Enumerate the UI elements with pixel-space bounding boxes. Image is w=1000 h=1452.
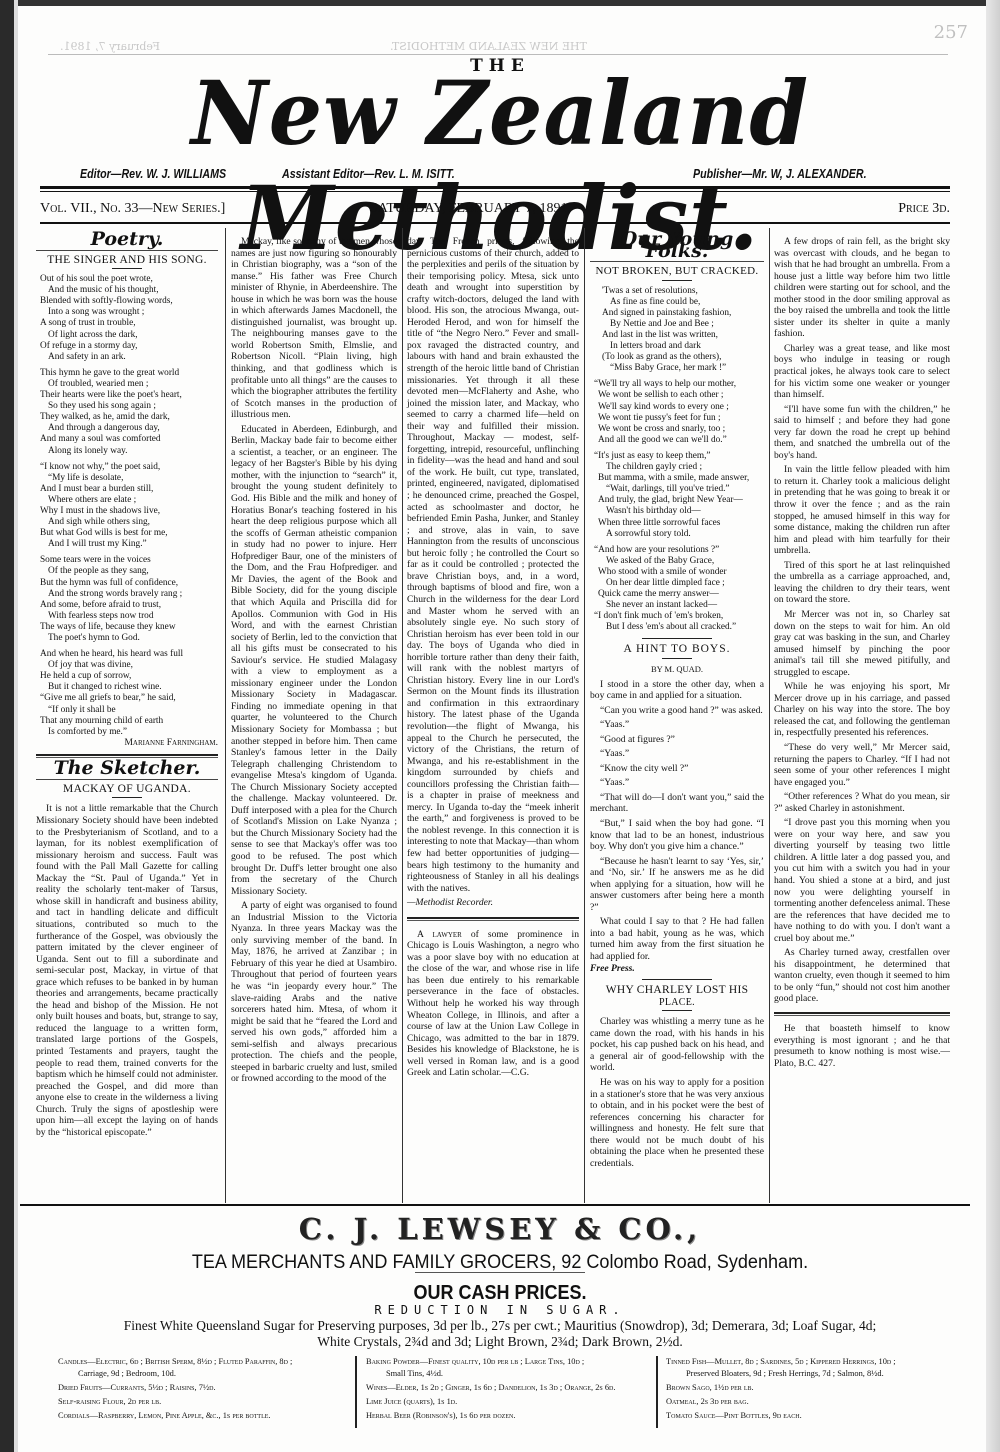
price-item: Lime Juice (quarts), 1s 1d.: [366, 1396, 646, 1408]
advert-tagline: TEA MERCHANTS AND FAMILY GROCERS, 92 Col…: [25, 1252, 975, 1274]
poem-line: A song of trust in trouble,: [36, 318, 218, 329]
poem-line: But I dess 'em's about all cracked.”: [594, 622, 764, 633]
poem-line: Quick came the merry answer—: [594, 589, 764, 600]
article-paragraph: Tired of this sport he at last relinquis…: [774, 560, 950, 606]
article-paragraph: Mackay, like so many of the men whose na…: [231, 236, 397, 421]
column-4: Our Young Folks. NOT BROKEN, BUT CRACKED…: [590, 232, 764, 1172]
column-3: day. The French priests, following the p…: [407, 236, 579, 1082]
poem-line: With fearless steps now trod: [36, 611, 218, 622]
poem-stanza: 'Twas a set of resolutions, As fine as f…: [590, 286, 764, 375]
lawyer-text: of some prominence in Chicago is Louis W…: [407, 929, 579, 1079]
poem-line: She never an instant lacked—: [594, 600, 764, 611]
price-column-divider: [355, 1356, 357, 1428]
poem-line: When three little sorrowful faces: [594, 518, 764, 529]
price-item: Self-raising Flour, 2d per lb.: [58, 1396, 328, 1408]
poem-line: So they used his song again ;: [36, 401, 218, 412]
poem-line: We wont be cross and snarly, too ;: [594, 424, 764, 435]
poem-line: And sigh while others sing,: [36, 517, 218, 528]
column-divider: [769, 228, 770, 1203]
price-item: Herbal Beer (Robinson's), 1s 6d per doze…: [366, 1410, 646, 1422]
poem-line: Is comforted by me.”: [36, 727, 218, 738]
poem-line: Who stood with a smile of wonder: [594, 567, 764, 578]
poem-line: We wont tie pussy's feet for fun ;: [594, 413, 764, 424]
section-title-sketcher: The Sketcher.: [36, 763, 218, 775]
poem-stanza: “It's just as easy to keep them,” The ch…: [590, 451, 764, 540]
article-paragraph: Charley was a great tease, and like most…: [774, 343, 950, 401]
poem-line: “And how are your resolutions ?”: [594, 545, 764, 556]
bleed-through-date: February 7, 1891.: [60, 40, 160, 53]
price-item: Small Tins, 4½d.: [366, 1368, 646, 1380]
price-item: Carriage, 9d ; Bedroom, 10d.: [58, 1368, 328, 1380]
poem-stanza: This hymn he gave to the great world Of …: [36, 368, 218, 457]
article-paragraph: day. The French priests, following the p…: [407, 236, 579, 894]
article-paragraph: I stood in a store the other day, when a…: [590, 679, 764, 702]
poem-line: “It's just as easy to keep them,”: [594, 451, 764, 462]
section-divider: [774, 1012, 950, 1016]
price-item: Brown Sago, 1½d per lb.: [666, 1382, 956, 1394]
assistant-editor-credit: Assistant Editor—Rev. L. M. ISITT.: [282, 166, 455, 181]
poem-line: And the music of his thought,: [36, 285, 218, 296]
poem-line: “I don't fink much of 'em's broken,: [594, 611, 764, 622]
dash-rule: [112, 797, 142, 798]
masthead-rule-thin: [40, 191, 950, 192]
poem-line: “If only it shall be: [36, 705, 218, 716]
poem-line: And signed in painstaking fashion,: [598, 308, 764, 319]
column-5: A few drops of rain fell, as the bright …: [774, 236, 950, 1072]
poem-line: And many a soul was comforted: [36, 434, 218, 445]
issue-price: Price 3d.: [898, 201, 950, 217]
article-paragraph: “Yaas.”: [590, 777, 764, 789]
poem-stanza: And when he heard, his heard was full Of…: [36, 649, 218, 738]
poem-line: And safety in an ark.: [36, 352, 218, 363]
article-title-line1: WHY CHARLEY LOST HIS: [590, 985, 764, 997]
dash-rule: [112, 268, 142, 269]
editor-credit: Editor—Rev. W. J. WILLIAMS: [80, 166, 226, 181]
article-byline: BY M. QUAD.: [590, 664, 764, 676]
advert-sugar-line-2: White Crystals, 2¾d and 3d; Light Brown,…: [40, 1334, 960, 1350]
poem-line: And I must bear a burden still,: [36, 484, 218, 495]
price-column-divider: [656, 1356, 658, 1428]
article-paragraph: It is not a little remarkable that the C…: [36, 803, 218, 1138]
column-2: Mackay, like so many of the men whose na…: [231, 236, 397, 1088]
article-paragraph: While he was enjoying his sport, Mr Merc…: [774, 681, 950, 739]
advert-cash-prices-heading: OUR CASH PRICES.: [50, 1282, 950, 1305]
poem-line: And when he heard, his heard was full: [36, 649, 218, 660]
article-paragraph: He was on his way to apply for a positio…: [590, 1077, 764, 1169]
volume-number: Vol. VII., No. 33—New Series.]: [40, 201, 225, 217]
poem-title: NOT BROKEN, BUT CRACKED.: [590, 266, 764, 278]
poem-line: “My life is desolate,: [36, 473, 218, 484]
poem-line: Why I must in the shadows live,: [36, 506, 218, 517]
ornament-rule: [415, 1272, 585, 1273]
article-paragraph: “But,” I said when the boy had gone. “I …: [590, 818, 764, 853]
article-paragraph: “Yaas.”: [590, 748, 764, 760]
price-item: Preserved Bloaters, 9d ; Fresh Herrings,…: [666, 1368, 956, 1380]
price-item: Wines—Elder, 1s 2d ; Ginger, 1s 6d ; Dan…: [366, 1382, 646, 1394]
price-list-column-2: Baking Powder—Finest quality, 10d per lb…: [366, 1356, 646, 1422]
poem-line: By Nettie and Joe and Bee ;: [598, 319, 764, 330]
article-paragraph: As Charley turned away, crestfallen over…: [774, 947, 950, 1005]
poem-line: And all the good we can we'll do.”: [594, 435, 764, 446]
article-paragraph: “These do very well,” Mr Mercer said, re…: [774, 742, 950, 788]
poem-line: Out of his soul the poet wrote,: [36, 274, 218, 285]
article-paragraph: “Other references ? What do you mean, si…: [774, 791, 950, 814]
section-divider: [407, 917, 579, 921]
poem-line: But mamma, with a smile, made answer,: [594, 473, 764, 484]
poem-line: And through a dangerous day,: [36, 423, 218, 434]
poem-line: And some, before afraid to trust,: [36, 600, 218, 611]
top-faint-rule: [48, 54, 948, 55]
article-paragraph: “That will do—I don't want you,” said th…: [590, 792, 764, 815]
poem-line: (To look as grand as the others),: [598, 352, 764, 363]
dash-rule: [662, 280, 692, 281]
article-paragraph: “Know the city well ?”: [590, 763, 764, 775]
price-item: Oatmeal, 2s 3d per bag.: [666, 1396, 956, 1408]
poem-line: “Give me all griefs to bear,” he said,: [36, 693, 218, 704]
dash-rule: [642, 638, 712, 639]
poem-line: But it changed to richest wine.: [36, 682, 218, 693]
article-title: MACKAY OF UGANDA.: [36, 784, 218, 796]
price-list-column-3: Tinned Fish—Mullet, 8d ; Sardines, 5d ; …: [666, 1356, 956, 1422]
poem-stanza: “We'll try all ways to help our mother, …: [590, 379, 764, 446]
poem-title: THE SINGER AND HIS SONG.: [36, 255, 218, 267]
divider: [36, 779, 218, 780]
article-source: Free Press.: [590, 963, 764, 975]
poem-line: “Miss Baby Grace, her mark !”: [598, 363, 764, 374]
poem-line: “Wait, darlings, till you've tried.”: [594, 484, 764, 495]
article-title-line2: PLACE.: [590, 997, 764, 1009]
advert-sugar-line-1: Finest White Queensland Sugar for Preser…: [40, 1318, 960, 1334]
price-list-column-1: Candles—Electric, 6d ; British Sperm, 8½…: [58, 1356, 328, 1422]
poem-line: Wasn't his birthday old—: [594, 506, 764, 517]
article-paragraph: Charley was whistling a merry tune as he…: [590, 1016, 764, 1074]
poem-line: The poet's hymn to God.: [36, 633, 218, 644]
poem-line: On her dear little dimpled face ;: [594, 578, 764, 589]
article-paragraph: A party of eight was organised to found …: [231, 900, 397, 1085]
poem-line: He held a cup of sorrow,: [36, 671, 218, 682]
dash-rule: [662, 658, 692, 659]
poem-line: But what God wills is best for me,: [36, 528, 218, 539]
poem-stanza: Out of his soul the poet wrote, And the …: [36, 274, 218, 363]
poem-line: Where others are elate ;: [36, 495, 218, 506]
article-paragraph: Mr Mercer was not in, so Charley sat dow…: [774, 609, 950, 678]
poem-line: Of light across the dark,: [36, 330, 218, 341]
poem-line: “We'll try all ways to help our mother,: [594, 379, 764, 390]
poem-line: “I know not why,” the poet said,: [36, 462, 218, 473]
poem-line: We asked of the Baby Grace,: [594, 556, 764, 567]
article-paragraph: “Yaas.”: [590, 719, 764, 731]
article-paragraph: “I drove past you this morning when you …: [774, 817, 950, 944]
dash-rule: [642, 979, 712, 980]
price-item: Tinned Fish—Mullet, 8d ; Sardines, 5d ; …: [666, 1356, 956, 1368]
column-1: Poetry. THE SINGER AND HIS SONG. Out of …: [36, 232, 218, 1141]
poem-line: Of the people as they sang,: [36, 566, 218, 577]
price-item: Candles—Electric, 6d ; British Sperm, 8½…: [58, 1356, 328, 1368]
poem-line: But the hymn was full of confidence,: [36, 578, 218, 589]
poem-line: The children gayly cried ;: [594, 462, 764, 473]
dash-rule: [662, 1010, 692, 1011]
article-paragraph: “I'll have some fun with the children,” …: [774, 404, 950, 462]
poem-stanza: Some tears were in the voices Of the peo…: [36, 555, 218, 644]
column-divider: [225, 228, 226, 1203]
article-source: —Methodist Recorder.: [407, 897, 579, 909]
poem-line: Of joy that was divine,: [36, 660, 218, 671]
advert-company-name: C. J. LEWSEY & CO.,: [0, 1212, 1000, 1246]
poem-line: A sorrowful story told.: [594, 529, 764, 540]
poem-line: They walked, as he, amid the dark,: [36, 412, 218, 423]
poem-line: In letters broad and dark: [598, 341, 764, 352]
price-item: Cordials—Raspberry, Lemon, Pine Apple, &…: [58, 1410, 328, 1422]
poem-line: We'll say kind words to every one ;: [594, 402, 764, 413]
issue-date: SATURDAY, FEBRUARY 7, 1891.: [370, 201, 571, 217]
section-title-poetry: Poetry.: [36, 234, 218, 246]
advert-sugar-heading: REDUCTION IN SUGAR.: [0, 1303, 1000, 1317]
publisher-credit: Publisher—Mr. W, J. ALEXANDER.: [693, 166, 867, 181]
price-item: Dried Fruits—Currants, 5½d ; Raisins, 7½…: [58, 1382, 328, 1394]
price-item: Tomato Sauce—Pint Bottles, 9d each.: [666, 1410, 956, 1422]
poem-line: 'Twas a set of resolutions,: [598, 286, 764, 297]
poem-line: The ways of life, because they knew: [36, 622, 218, 633]
poem-line: Blended with softly-flowing words,: [36, 296, 218, 307]
poem-line: This hymn he gave to the great world: [36, 368, 218, 379]
poem-line: As fine as fine could be,: [598, 297, 764, 308]
article-paragraph: Educated in Aberdeen, Edinburgh, and Ber…: [231, 424, 397, 897]
bleed-through-title: THE NEW ZEALAND METHODIST.: [390, 40, 587, 53]
advert-top-rule: [20, 1204, 970, 1206]
poem-line: Their hearts were like the poet's heart,: [36, 390, 218, 401]
article-title: A HINT TO BOYS.: [590, 644, 764, 656]
plato-quote: He that boasteth himself to know everyth…: [774, 1023, 950, 1069]
poem-author: Marianne Farningham.: [36, 738, 218, 750]
article-paragraph: “Because he hasn't learnt to say ‘Yes, s…: [590, 856, 764, 914]
scan-edge-top: [0, 0, 1000, 6]
article-paragraph: “Good at figures ?”: [590, 734, 764, 746]
lawyer-paragraph: A lawyer of some prominence in Chicago i…: [407, 929, 579, 1079]
poem-line: That any mourning child of earth: [36, 716, 218, 727]
article-paragraph: “Can you write a good hand ?” was asked.: [590, 705, 764, 717]
masthead-rule-thick: [40, 186, 950, 189]
poem-line: Into a song was wrought ;: [36, 307, 218, 318]
poem-line: Along its lonely way.: [36, 446, 218, 457]
poem-line: We wont be sellish to each other ;: [594, 390, 764, 401]
article-paragraph: In vain the little fellow pleaded with h…: [774, 464, 950, 556]
column-divider: [402, 228, 403, 1203]
column-divider: [584, 228, 585, 1203]
poem-line: And last in the list was written,: [598, 330, 764, 341]
poem-line: And I will trust my King.”: [36, 539, 218, 550]
page-number: 257: [934, 22, 968, 43]
poem-stanza: “I know not why,” the poet said, “My lif…: [36, 462, 218, 551]
section-title-young-folks: Our Young Folks.: [590, 234, 764, 257]
lawyer-lead: A lawyer: [417, 929, 462, 940]
article-paragraph: A few drops of rain fell, as the bright …: [774, 236, 950, 340]
poem-line: Of refuge in a stormy day,: [36, 341, 218, 352]
price-item: Baking Powder—Finest quality, 10d per lb…: [366, 1356, 646, 1368]
poem-line: Of troubled, wearied men ;: [36, 379, 218, 390]
newspaper-page: February 7, 1891. THE NEW ZEALAND METHOD…: [0, 0, 1000, 1452]
dateline-rule: [40, 222, 950, 224]
poem-line: And the strong words bravely rang ;: [36, 589, 218, 600]
article-paragraph: What could I say to that ? He had fallen…: [590, 916, 764, 962]
poem-line: Some tears were in the voices: [36, 555, 218, 566]
poem-line: And truly, the glad, bright New Year—: [594, 495, 764, 506]
poem-stanza: “And how are your resolutions ?” We aske…: [590, 545, 764, 634]
